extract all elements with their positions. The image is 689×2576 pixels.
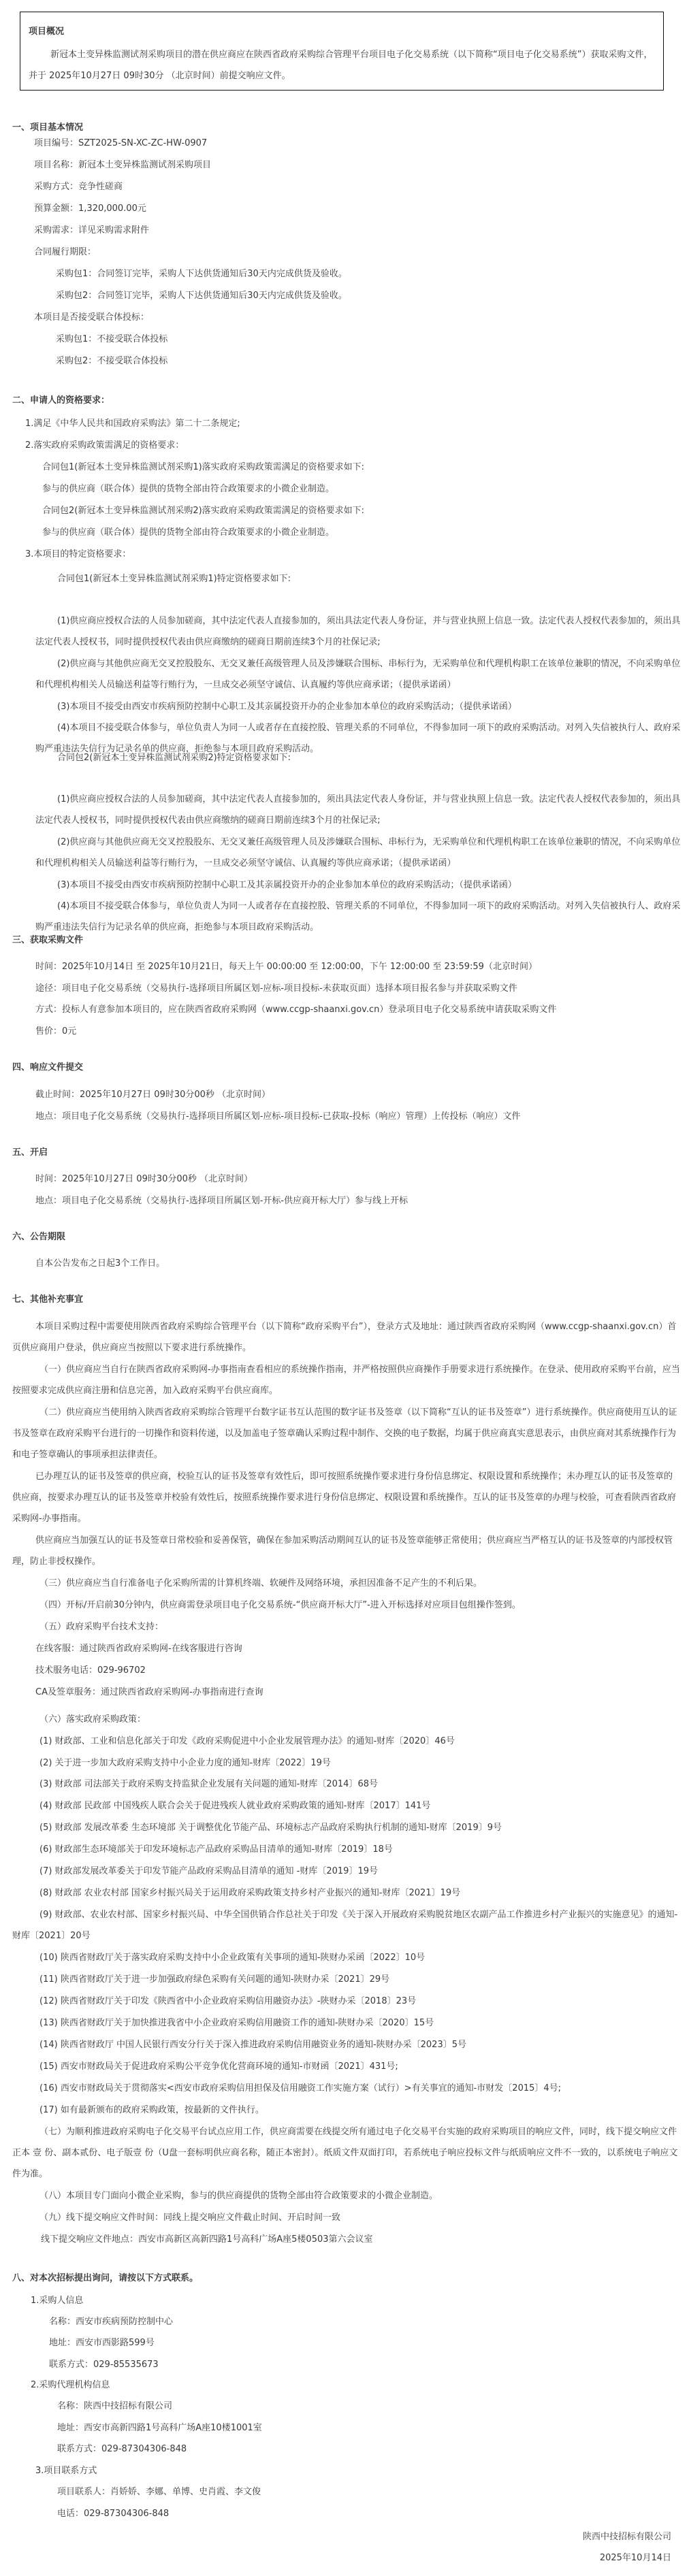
purchaser-title: 1.采购人信息 [31, 2295, 83, 2307]
support-online: 在线客服：通过陕西省政府采购网-在线客服进行咨询 [35, 1643, 242, 1655]
supplement-p1: （一）供应商应当自行在陕西省政府采购网-办事指南查看相应的系统操作指南，并严格按… [12, 1359, 681, 1401]
policy-package-2-title: 合同包2(新冠本土变异株监测试剂采购2)落实政府采购政策需满足的资格要求如下: [42, 505, 364, 517]
package-2-req-3: (3)本项目不接受由西安市疾病预防控制中心职工及其亲属投资开办的企业参加本单位的… [35, 875, 681, 896]
footer-date: 2025年10月14日 [600, 2550, 671, 2563]
supplement-p5: （五）政府采购平台技术支持： [39, 1621, 163, 1633]
overview-body: 新冠本土变异株监测试剂采购项目的潜在供应商应在陕西省政府采购综合管理平台项目电子… [29, 44, 655, 86]
policy-11: (11) 陕西省财政厅关于进一步加强政府绿色采购有关问题的通知-陕财办采〔202… [39, 1974, 389, 1986]
agency-name: 名称：陕西中技招标有限公司 [57, 2400, 172, 2413]
package-1-req-2: (2)供应商与其他供应商无交叉控股股东、无交叉兼任高级管理人员及涉嫌联合围标、串… [35, 653, 681, 696]
consortium-package-1: 采购包1：不接受联合体投标 [56, 333, 167, 346]
project-contact-phone: 电话：029-87304306-848 [57, 2508, 169, 2520]
policy-9: (9) 财政部、农业农村部、国家乡村振兴局、中华全国供销合作总社关于印发《关于深… [12, 1904, 681, 1946]
policy-15: (15) 西安市财政局关于促进政府采购公平竞争优化营商环境的通知-市财函〔202… [39, 2061, 398, 2073]
section2-heading: 二、申请人的资格要求： [12, 393, 110, 406]
supplement-p8: （八）本项目专门面向小微企业采购，参与的供应商提供的货物全部由符合政策要求的小微… [39, 2190, 438, 2202]
supplement-p9b: 线下提交响应文件地点：西安市高新区高新四路1号高科广场A座5楼0503第六会议室 [41, 2234, 373, 2246]
overview-box: 项目概况 新冠本土变异株监测试剂采购项目的潜在供应商应在陕西省政府采购综合管理平… [20, 12, 664, 91]
field-project-number: 项目编号：SZT2025-SN-XC-ZC-HW-0907 [34, 137, 207, 150]
footer-company: 陕西中技招标有限公司 [583, 2529, 671, 2542]
section6-heading: 六、公告期限 [12, 1229, 65, 1242]
policy-package-1-body: 参与的供应商（联合体）提供的货物全部由符合政策要求的小微企业制造。 [42, 483, 334, 495]
supplement-p7: （七）为顺利推进政府采购电子化交易平台试点应用工作，供应商需要在线提交所有通过电… [12, 2121, 681, 2185]
consortium-package-2: 采购包2：不接受联合体投标 [56, 355, 167, 368]
section7-heading: 七、其他补充事宜 [12, 1292, 83, 1305]
purchaser-name: 名称：西安市疾病预防控制中心 [49, 2316, 173, 2328]
qual-item-2: 2.落实政府采购政策需满足的资格要求： [25, 440, 184, 452]
field-budget: 预算金额：1,320,000.00元 [34, 203, 146, 215]
contract-term-label: 合同履行期限： [34, 246, 96, 259]
package-2-req-1: (1)供应商应授权合法的人员参加磋商，其中法定代表人直接参加的，须出具法定代表人… [35, 789, 681, 831]
submission-location: 地点：项目电子化交易系统（交易执行-选择项目所属区划-应标-项目投标-已获取-投… [35, 1111, 520, 1123]
notice-period: 自本公告发布之日起3个工作日。 [35, 1258, 165, 1270]
package-1-req-3: (3)本项目不接受由西安市疾病预防控制中心职工及其亲属投资开办的企业参加本单位的… [35, 696, 681, 717]
policy-14: (14) 陕西省财政厅 中国人民银行西安分行关于深入推进政府采购信用融资业务的通… [39, 2039, 466, 2051]
overview-title: 项目概况 [29, 26, 655, 38]
obtain-price: 售价：0元 [35, 1026, 76, 1038]
project-contact-people: 项目联系人：肖娇娇、李娜、单博、史肖霞、李文俊 [57, 2486, 261, 2498]
consortium-label: 本项目是否接受联合体投标： [34, 312, 149, 324]
policy-13: (13) 陕西省财政厅关于加快推进我省中小企业政府采购信用融资工作的通知-陕财办… [39, 2017, 434, 2029]
project-contact-title: 3.项目联系方式 [35, 2465, 97, 2477]
package-2-req-2: (2)供应商与其他供应商无交叉控股股东、无交叉兼任高级管理人员及涉嫌联合围标、串… [35, 832, 681, 874]
policy-8: (8) 财政部 农业农村部 国家乡村振兴局关于运用政府采购政策支持乡村产业振兴的… [39, 1887, 460, 1900]
agency-title: 2.采购代理机构信息 [31, 2379, 110, 2392]
package-2-req-4: (4)本项目不接受联合体参与，单位负责人为同一人或者存在直接控股、管理关系的不同… [35, 896, 681, 938]
supplement-p2: （二）供应商应当使用纳入陕西省政府采购综合管理平台数字证书互认范围的数字证书及签… [12, 1402, 681, 1465]
policy-package-1-title: 合同包1(新冠本土变异株监测试剂采购1)落实政府采购政策需满足的资格要求如下: [42, 461, 364, 474]
ccgp-link[interactable]: www.ccgp-shaanxi.gov.cn [266, 1005, 379, 1015]
announcement-page: 项目概况 新冠本土变异株监测试剂采购项目的潜在供应商应在陕西省政府采购综合管理平… [0, 0, 689, 2576]
policy-6: (6) 财政部生态环境部关于印发环境标志产品政府采购品目清单的通知-财库〔201… [39, 1844, 393, 1856]
policy-10: (10) 陕西省财政厅关于落实政府采购支持中小企业政策有关事项的通知-陕财办采函… [39, 1952, 425, 1964]
policy-1: (1) 财政部、工业和信息化部关于印发《政府采购促进中小企业发展管理办法》的通知… [39, 1735, 455, 1748]
supplement-p3: （三）供应商应当自行准备电子化采购所需的计算机终端、软硬件及网络环境，承担因准备… [39, 1578, 482, 1590]
purchaser-address: 地址：西安市西影路599号 [49, 2337, 155, 2349]
supplement-p4: （四）开标/开启前30分钟内，供应商需登录项目电子化交易系统-“供应商开标大厅”… [39, 1599, 521, 1612]
policy-17: (17) 如有最新颁布的政府采购政策，按最新的文件执行。 [39, 2104, 264, 2117]
package-1-special-title: 合同包1(新冠本土变异株监测试剂采购1)特定资格要求如下: [57, 573, 291, 585]
contract-term-package-1: 采购包1：合同签订完毕，采购人下达供货通知后30天内完成供货及验收。 [56, 268, 347, 280]
policy-2: (2) 关于进一步加大政府采购支持中小企业力度的通知-财库〔2022〕19号 [39, 1757, 331, 1770]
policy-package-2-body: 参与的供应商（联合体）提供的货物全部由符合政策要求的小微企业制造。 [42, 527, 334, 539]
package-2-special-title: 合同包2(新冠本土变异株监测试剂采购2)特定资格要求如下: [57, 752, 291, 764]
field-requirements: 采购需求：详见采购需求附件 [34, 225, 149, 237]
contract-term-package-2: 采购包2：合同签订完毕，采购人下达供货通知后30天内完成供货及验收。 [56, 290, 347, 302]
policy-3: (3) 财政部 司法部关于政府采购支持监狱企业发展有关问题的通知-财库〔2014… [39, 1778, 378, 1791]
obtain-time: 时间：2025年10月14日 至 2025年10月21日，每天上午 00:00:… [35, 961, 537, 973]
obtain-method: 方式：投标人有意参加本项目的，应在陕西省政府采购网（www.ccgp-shaan… [35, 1004, 556, 1016]
submission-deadline: 截止时间：2025年10月27日 09时30分00秒 （北京时间） [35, 1089, 270, 1101]
agency-address: 地址：西安市高新四路1号高科广场A座10楼1001室 [57, 2422, 262, 2434]
package-1-req-1: (1)供应商应授权合法的人员参加磋商，其中法定代表人直接参加的，须出具法定代表人… [35, 610, 681, 653]
support-ca: CA及签章服务：通过陕西省政府采购网-办事指南进行查询 [35, 1686, 263, 1699]
field-project-name: 项目名称：新冠本土变异株监测试剂采购项目 [34, 159, 211, 172]
policy-12: (12) 陕西省财政厅关于印发《陕西省中小企业政府采购信用融资办法》-陕财办采〔… [39, 1995, 416, 2008]
policy-4: (4) 财政部 民政部 中国残疾人联合会关于促进残疾人就业政府采购政策的通知-财… [39, 1800, 430, 1812]
section5-heading: 五、开启 [12, 1145, 48, 1158]
policy-7: (7) 财政部发展改革委关于印发节能产品政府采购品目清单的通知 -财库〔2019… [39, 1865, 378, 1878]
support-phone: 技术服务电话：029-96702 [35, 1665, 146, 1677]
opening-location: 地点：项目电子化交易系统（交易执行-选择项目所属区划-开标-供应商开标大厅）参与… [35, 1195, 408, 1207]
supplement-intro: 本项目采购过程中需要使用陕西省政府采购综合管理平台（以下简称“政府采购平台”），… [12, 1316, 681, 1358]
section4-heading: 四、响应文件提交 [12, 1060, 83, 1073]
opening-time: 时间：2025年10月27日 09时30分00秒 （北京时间） [35, 1173, 253, 1186]
obtain-route: 途径：项目电子化交易系统（交易执行-选择项目所属区划-应标-项目投标-未获取页面… [35, 983, 517, 995]
qual-item-1: 1.满足《中华人民共和国政府采购法》第二十二条规定; [25, 418, 240, 430]
supplement-p2c: 供应商应当加强互认的证书及签章日常校验和妥善保管，确保在参加采购活动期间互认的证… [12, 1530, 681, 1572]
purchaser-contact: 联系方式：029-85535673 [49, 2359, 159, 2371]
supplement-p6: （六）落实政府采购政策： [39, 1714, 146, 1726]
qual-item-3: 3.本项目的特定资格要求： [25, 549, 131, 561]
field-procurement-method: 采购方式：竞争性磋商 [34, 181, 123, 193]
section3-heading: 三、获取采购文件 [12, 932, 83, 945]
supplement-p2b: 已办理互认的证书及签章的供应商，校验互认的证书及签章有效性后，即可按照系统操作要… [12, 1466, 681, 1529]
policy-5: (5) 财政部 发展改革委 生态环境部 关于调整优化节能产品、环境标志产品政府采… [39, 1822, 502, 1834]
policy-16: (16) 西安市财政局关于贯彻落实<西安市政府采购信用担保及信用融资工作实施方案… [39, 2083, 561, 2095]
agency-contact: 联系方式：029-87304306-848 [57, 2443, 187, 2456]
section8-heading: 八、对本次招标提出询问，请按以下方式联系。 [12, 2270, 198, 2283]
supplement-p9: （九）线下提交响应文件时间：同线上提交响应文件截止时间、开启时间一致 [39, 2212, 340, 2224]
section1-heading: 一、项目基本情况 [12, 120, 83, 133]
